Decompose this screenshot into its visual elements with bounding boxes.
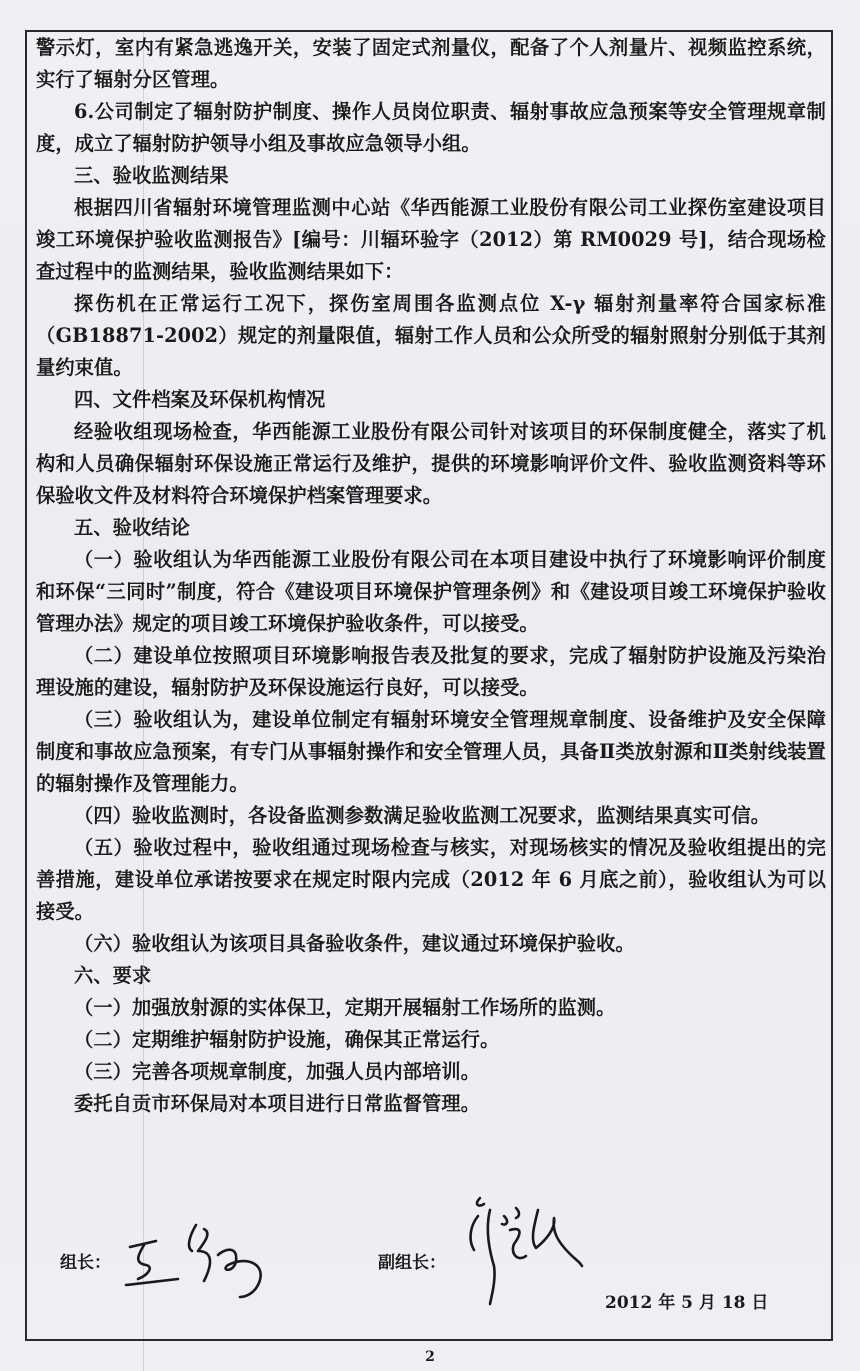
paragraph-monitoring-basis: 根据四川省辐射环境管理监测中心站《华西能源工业股份有限公司工业探伤室建设项目竣工… <box>36 192 826 288</box>
document-body: 警示灯，室内有紧急逃逸开关，安装了固定式剂量仪，配备了个人剂量片、视频监控系统，… <box>36 32 826 1120</box>
supervision-note: 委托自贡市环保局对本项目进行日常监督管理。 <box>36 1088 826 1120</box>
paragraph-monitoring-result: 探伤机在正常运行工况下，探伤室周围各监测点位 X-γ 辐射剂量率符合国家标准（G… <box>36 288 826 384</box>
conclusion-item-2: （二）建设单位按照项目环境影响报告表及批复的要求，完成了辐射防护设施及污染治理设… <box>36 640 826 704</box>
conclusion-item-1: （一）验收组认为华西能源工业股份有限公司在本项目建设中执行了环境影响评价制度和环… <box>36 544 826 640</box>
paragraph-item-6: 6.公司制定了辐射防护制度、操作人员岗位职责、辐射事故应急预案等安全管理规章制度… <box>36 96 826 160</box>
conclusion-item-5: （五）验收过程中，验收组通过现场检查与核实，对现场核实的情况及验收组提出的完善措… <box>36 832 826 928</box>
requirement-item-3: （三）完善各项规章制度，加强人员内部培训。 <box>36 1056 826 1088</box>
paragraph-continuation: 警示灯，室内有紧急逃逸开关，安装了固定式剂量仪，配备了个人剂量片、视频监控系统，… <box>36 32 826 96</box>
conclusion-item-4: （四）验收监测时，各设备监测参数满足验收监测工况要求，监测结果真实可信。 <box>36 800 826 832</box>
leader-signature-icon <box>108 1185 308 1305</box>
requirement-item-1: （一）加强放射源的实体保卫，定期开展辐射工作场所的监测。 <box>36 992 826 1024</box>
signature-block: 组长： 副组长： 2012 年 5 月 18 日 <box>60 1230 830 1340</box>
section-heading-6: 六、要求 <box>36 960 826 992</box>
signing-date: 2012 年 5 月 18 日 <box>605 1288 768 1313</box>
leader-label: 组长： <box>60 1248 111 1273</box>
conclusion-item-3: （三）验收组认为，建设单位制定有辐射环境安全管理规章制度、设备维护及安全保障制度… <box>36 704 826 800</box>
section-heading-4: 四、文件档案及环保机构情况 <box>36 384 826 416</box>
section-heading-5: 五、验收结论 <box>36 512 826 544</box>
page-number: 2 <box>0 1349 860 1365</box>
requirement-item-2: （二）定期维护辐射防护设施，确保其正常运行。 <box>36 1024 826 1056</box>
deputy-leader-label: 副组长： <box>378 1248 446 1273</box>
section-heading-3: 三、验收监测结果 <box>36 160 826 192</box>
paragraph-archives: 经验收组现场检查，华西能源工业股份有限公司针对该项目的环保制度健全，落实了机构和… <box>36 416 826 512</box>
deputy-signature-icon <box>460 1170 620 1310</box>
conclusion-item-6: （六）验收组认为该项目具备验收条件，建议通过环境保护验收。 <box>36 928 826 960</box>
